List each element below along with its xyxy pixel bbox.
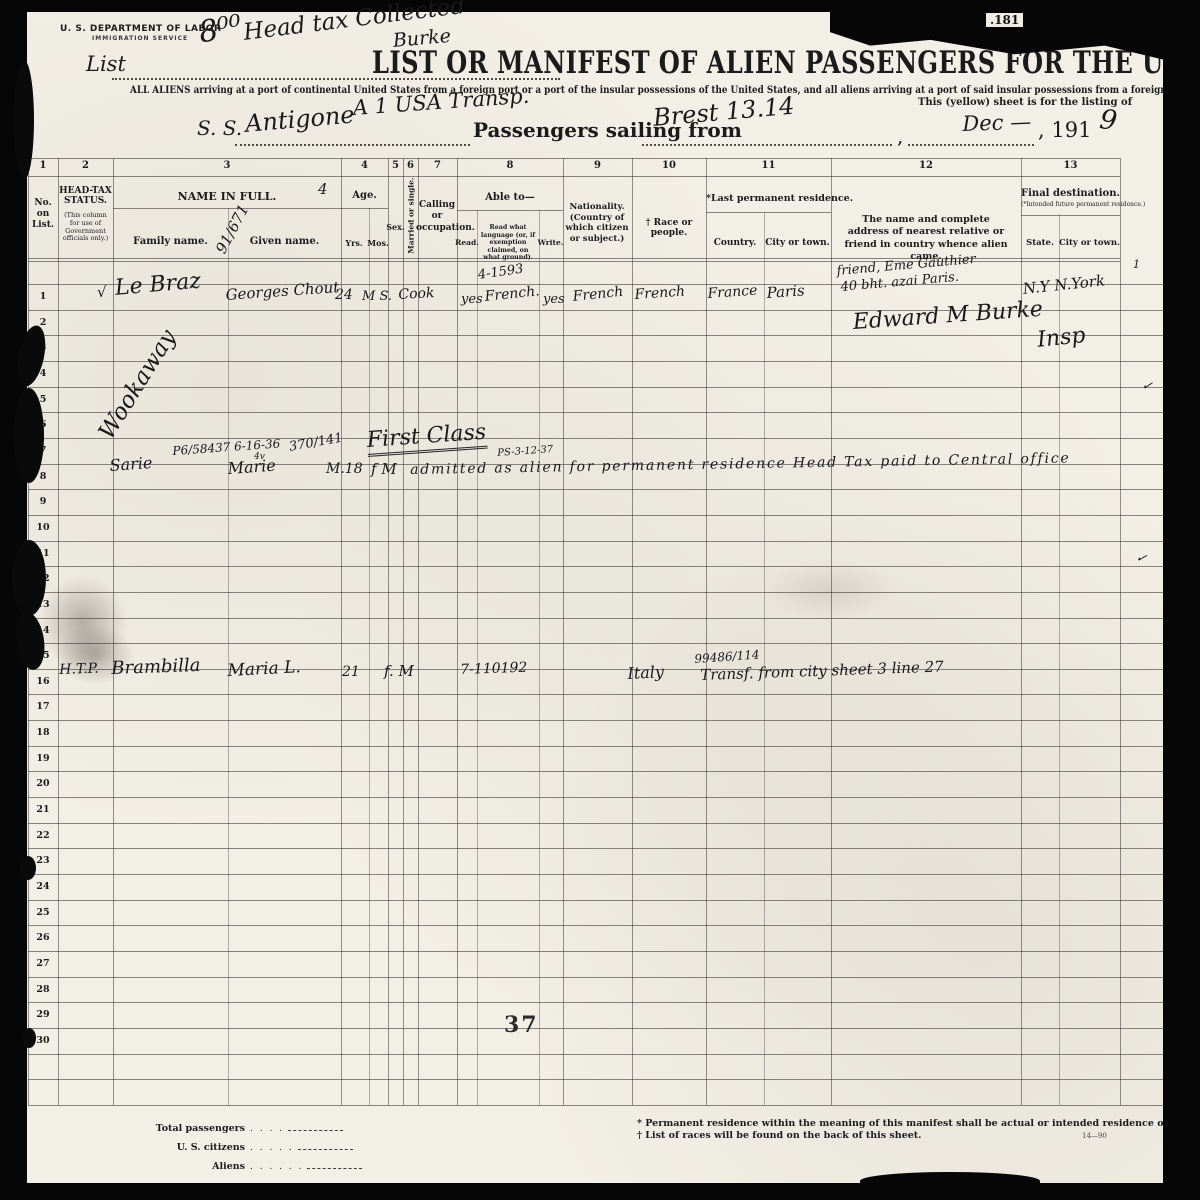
totals-blank-line bbox=[298, 1139, 353, 1150]
grid-line bbox=[831, 158, 832, 1105]
totals-dot-leader: . . . . . bbox=[250, 1143, 294, 1153]
subtitle: ALL ALIENS arriving at a port of contine… bbox=[130, 85, 1200, 96]
grid-line bbox=[228, 208, 229, 1105]
col-header-name: NAME IN FULL. bbox=[113, 190, 341, 203]
ink-blot bbox=[22, 1028, 36, 1048]
grid-line bbox=[706, 212, 831, 213]
scanned-manifest-page: U. S. DEPARTMENT OF LABOR IMMIGRATION SE… bbox=[0, 0, 1200, 1200]
row-number: 16 bbox=[28, 676, 58, 687]
page-title: LIST OR MANIFEST OF ALIEN PASSENGERS FOR… bbox=[372, 45, 1200, 81]
grid-line bbox=[28, 771, 1163, 772]
totals-row: Total passengers. . . . bbox=[148, 1120, 362, 1139]
handwritten-note: M.18 bbox=[326, 461, 363, 477]
comma: , bbox=[897, 124, 903, 148]
col-header-residence: *Last permanent residence. bbox=[706, 193, 831, 204]
totals-row: U. S. citizens. . . . . bbox=[148, 1139, 362, 1158]
column-number: 3 bbox=[113, 160, 341, 171]
grid-line bbox=[1021, 215, 1120, 216]
row-number: 1 bbox=[28, 291, 58, 302]
col-header-race: † Race or people. bbox=[632, 218, 706, 238]
grid-line bbox=[28, 900, 1163, 901]
col-header-city: City or town. bbox=[764, 238, 831, 248]
grid-line bbox=[341, 208, 388, 209]
column-number: 1 bbox=[28, 160, 58, 171]
footnote-1: * Permanent residence within the meaning… bbox=[637, 1118, 1200, 1129]
column-number: 7 bbox=[418, 160, 457, 171]
date-blank-line bbox=[908, 143, 1034, 146]
subtitle-right: This (yellow) sheet is for the listing o… bbox=[918, 97, 1132, 108]
grid-line bbox=[28, 925, 1163, 926]
handwritten-note: Brambilla bbox=[111, 655, 201, 679]
handwritten-note: yes bbox=[461, 292, 483, 307]
row-number: 9 bbox=[28, 496, 58, 507]
col-header-country: Country. bbox=[706, 238, 764, 248]
grid-line bbox=[28, 387, 1163, 388]
totals-block: Total passengers. . . .U. S. citizens. .… bbox=[148, 1120, 362, 1177]
ink-blot bbox=[12, 540, 46, 616]
grid-line bbox=[28, 515, 1163, 516]
col-header-age: Age. bbox=[341, 190, 388, 201]
grid-line bbox=[457, 158, 458, 1105]
grid-line bbox=[28, 1002, 1163, 1003]
film-border-bump bbox=[860, 1172, 1040, 1190]
agency-stamp-line2: IMMIGRATION SERVICE bbox=[92, 35, 188, 42]
col-header-calling: Calling or occupation. bbox=[416, 200, 458, 234]
grid-line bbox=[28, 848, 1163, 849]
grid-line bbox=[28, 176, 1120, 177]
row-number: 21 bbox=[28, 804, 58, 815]
grid-line bbox=[28, 797, 1163, 798]
col-header-no-on-list: No. on List. bbox=[28, 198, 58, 230]
grid-line bbox=[369, 208, 370, 1105]
grid-line bbox=[28, 158, 1120, 159]
handwritten-note: 8⁰⁰ bbox=[196, 9, 245, 51]
column-number: 13 bbox=[1021, 160, 1120, 171]
handwritten-note: yes bbox=[543, 292, 565, 307]
row-number: 27 bbox=[28, 958, 58, 969]
row-number: 18 bbox=[28, 727, 58, 738]
grid-line bbox=[28, 541, 1163, 542]
handwritten-note: 4 bbox=[318, 180, 328, 198]
row-number: 19 bbox=[28, 753, 58, 764]
col-header-able-to: Able to— bbox=[457, 192, 563, 203]
frame-number-mark: .181 bbox=[986, 13, 1023, 27]
column-number: 5 bbox=[388, 160, 403, 171]
paper-sheet bbox=[25, 12, 1163, 1183]
grid-line bbox=[28, 592, 1163, 593]
totals-dot-leader: . . . . bbox=[250, 1124, 284, 1134]
grid-line bbox=[28, 566, 1163, 567]
film-border-right bbox=[1163, 0, 1200, 1200]
col-header-state: State. bbox=[1021, 238, 1059, 248]
handwritten-note: Paris bbox=[766, 281, 805, 302]
row-number: 22 bbox=[28, 830, 58, 841]
handwritten-note: f M bbox=[371, 460, 397, 478]
grid-line bbox=[764, 212, 765, 1105]
col-header-destination: Final destination. bbox=[1021, 188, 1120, 199]
row-number: 25 bbox=[28, 907, 58, 918]
grid-line bbox=[28, 618, 1163, 619]
grid-line bbox=[706, 158, 707, 1105]
column-number: 6 bbox=[403, 160, 418, 171]
totals-blank-line bbox=[288, 1120, 343, 1131]
grid-line bbox=[28, 1105, 1163, 1106]
col-header-family-name: Family name. bbox=[113, 236, 228, 247]
film-border-top bbox=[0, 0, 1200, 12]
handwritten-note: Maria L. bbox=[227, 657, 301, 681]
handwritten-note: f. M bbox=[384, 662, 414, 680]
ink-blot bbox=[20, 856, 36, 880]
handwritten-note: Sarie bbox=[109, 453, 153, 475]
handwritten-note: 1 bbox=[1133, 258, 1140, 271]
row-number: 10 bbox=[28, 522, 58, 533]
grid-line bbox=[28, 1054, 1163, 1055]
grid-line bbox=[28, 694, 1163, 695]
grid-line bbox=[632, 158, 633, 1105]
grid-line bbox=[28, 720, 1163, 721]
printer-mark: 14—90 bbox=[1082, 1132, 1107, 1140]
handwritten-note: √ bbox=[97, 283, 107, 301]
totals-label: Total passengers bbox=[148, 1123, 245, 1134]
handwritten-note: Cook bbox=[398, 285, 435, 303]
column-number: 8 bbox=[457, 160, 563, 171]
footnote-2: † List of races will be found on the bac… bbox=[637, 1130, 921, 1141]
ink-blot bbox=[14, 388, 44, 483]
col-header-destination-sub: (*Intended future permanent residence.) bbox=[1021, 201, 1120, 208]
col-header-read-language: Read what language (or, if exemption cla… bbox=[478, 224, 538, 262]
grid-line bbox=[28, 823, 1163, 824]
grid-line bbox=[539, 210, 540, 1105]
col-header-head-tax: HEAD-TAX STATUS. bbox=[58, 186, 113, 207]
row-number: 29 bbox=[28, 1009, 58, 1020]
grid-line bbox=[28, 643, 1163, 644]
column-number: 12 bbox=[831, 160, 1021, 171]
grid-line bbox=[58, 158, 59, 1105]
totals-label: Aliens bbox=[148, 1161, 245, 1172]
handwritten-note: 21 bbox=[342, 664, 360, 680]
column-number: 2 bbox=[58, 160, 113, 171]
totals-row: Aliens. . . . . . bbox=[148, 1158, 362, 1177]
ship-blank-line bbox=[235, 143, 470, 146]
row-number: 20 bbox=[28, 778, 58, 789]
totals-blank-line bbox=[307, 1158, 362, 1169]
row-number: 28 bbox=[28, 984, 58, 995]
year-label: , 191 bbox=[1038, 118, 1091, 142]
handwritten-note: H.T.P. bbox=[59, 661, 99, 678]
grid-line bbox=[28, 361, 1163, 362]
grid-line bbox=[1120, 158, 1121, 1105]
ss-label: S. S. bbox=[197, 116, 242, 140]
grid-line bbox=[28, 335, 1163, 336]
col-header-read: Read. bbox=[455, 238, 479, 247]
grid-line bbox=[28, 438, 1163, 439]
row-number: 26 bbox=[28, 932, 58, 943]
page-number-stamp: 37 bbox=[504, 1012, 539, 1038]
stain bbox=[760, 560, 900, 620]
col-header-mos: Mos. bbox=[367, 238, 389, 248]
grid-line bbox=[113, 208, 341, 209]
grid-line bbox=[28, 746, 1163, 747]
grid-line bbox=[477, 210, 478, 1105]
col-header-write: Write. bbox=[537, 238, 564, 247]
grid-line bbox=[457, 210, 563, 211]
grid-line bbox=[28, 489, 1163, 490]
ink-blot bbox=[14, 60, 34, 180]
column-number: 9 bbox=[563, 160, 632, 171]
port-blank-line bbox=[642, 143, 892, 146]
row-number: 17 bbox=[28, 701, 58, 712]
row-number: 24 bbox=[28, 881, 58, 892]
grid-line bbox=[28, 951, 1163, 952]
grid-line bbox=[28, 412, 1163, 413]
col-header-nationality: Nationality. (Country of which citizen o… bbox=[565, 202, 629, 245]
grid-line bbox=[28, 874, 1163, 875]
handwritten-note: 7-110192 bbox=[460, 660, 528, 678]
column-number: 10 bbox=[632, 160, 706, 171]
col-header-married-single: Married or single. bbox=[407, 176, 416, 256]
handwritten-note: Dec — bbox=[962, 110, 1031, 136]
column-number: 4 bbox=[341, 160, 388, 171]
handwritten-note: Italy bbox=[627, 662, 664, 683]
grid-line bbox=[28, 977, 1163, 978]
col-header-yrs: Yrs. bbox=[339, 238, 369, 248]
column-number: 11 bbox=[706, 160, 831, 171]
totals-dot-leader: . . . . . . bbox=[250, 1162, 303, 1172]
col-header-given-name: Given name. bbox=[228, 236, 341, 247]
handwritten-note: Insp bbox=[1036, 323, 1087, 353]
col-header-dest-city: City or town. bbox=[1059, 238, 1120, 248]
totals-label: U. S. citizens bbox=[148, 1142, 245, 1153]
handwritten-note: Marie bbox=[227, 456, 276, 478]
handwritten-note: M S. bbox=[362, 289, 392, 304]
grid-line bbox=[113, 158, 114, 1105]
grid-line bbox=[28, 1028, 1163, 1029]
handwritten-note: 24 bbox=[335, 287, 353, 303]
col-header-head-tax-sub: (This column for use of Government offic… bbox=[60, 212, 111, 243]
list-label: List bbox=[86, 52, 126, 76]
grid-line bbox=[28, 1079, 1163, 1080]
